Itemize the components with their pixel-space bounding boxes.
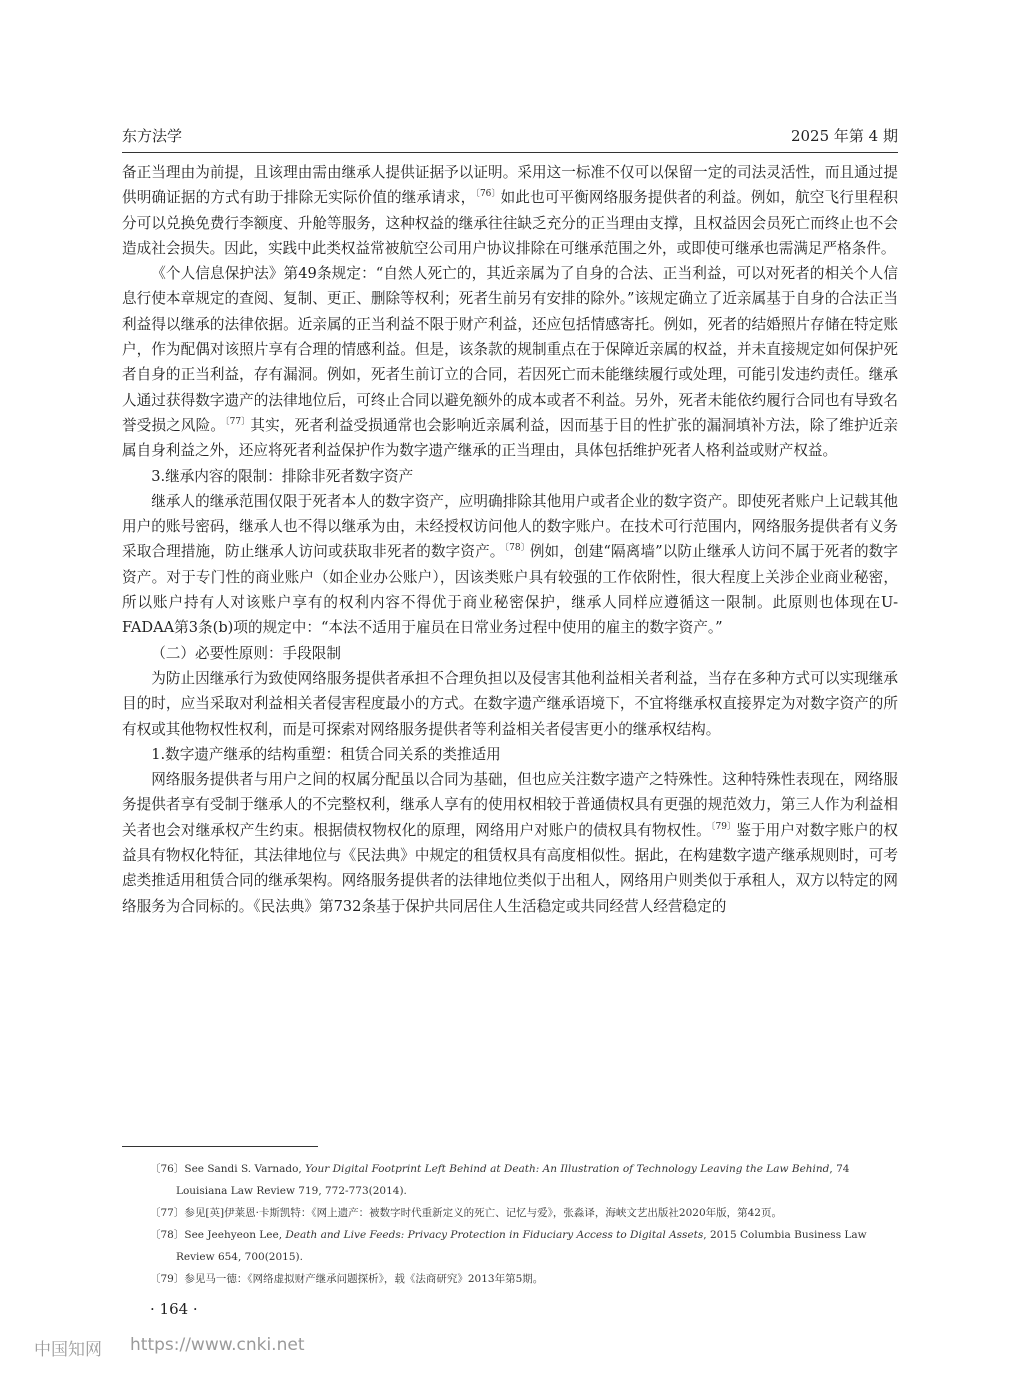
page-number: · 164 ·: [150, 1300, 198, 1318]
footnote-ref-77[interactable]: 〔77〕: [225, 417, 250, 427]
footnote-divider: [122, 1146, 318, 1147]
paragraph: 网络服务提供者与用户之间的权属分配虽以合同为基础，但也应关注数字遗产之特殊性。这…: [122, 767, 898, 919]
paragraph: 继承人的继承范围仅限于死者本人的数字资产，应明确排除其他用户或者企业的数字资产。…: [122, 489, 898, 641]
section-heading: （二）必要性原则：手段限制: [122, 641, 898, 666]
paragraph-continuation: 备正当理由为前提，且该理由需由继承人提供证据予以证明。采用这一标准不仅可以保留一…: [122, 160, 898, 261]
watermark-brand: 中国知网: [34, 1335, 102, 1360]
footnote-ref-76[interactable]: 〔76〕: [475, 189, 500, 199]
cnki-watermark: 中国知网 https://www.cnki.net: [34, 1335, 304, 1360]
footnotes: 〔76〕See Sandi S. Varnado, Your Digital F…: [150, 1158, 898, 1290]
footnote-79: 〔79〕参见马一德：《网络虚拟财产继承问题探析》，载《法商研究》2013年第5期…: [150, 1268, 898, 1290]
paragraph: 为防止因继承行为致使网络服务提供者承担不合理负担以及侵害其他利益相关者利益，当存…: [122, 666, 898, 742]
footnote-ref-79[interactable]: 〔79〕: [711, 822, 736, 832]
body-text: 备正当理由为前提，且该理由需由继承人提供证据予以证明。采用这一标准不仅可以保留一…: [122, 160, 898, 919]
footnote-ref-78[interactable]: 〔78〕: [505, 543, 530, 553]
section-heading: 1.数字遗产继承的结构重塑：租赁合同关系的类推适用: [122, 742, 898, 767]
paragraph: 《个人信息保护法》第49条规定：“自然人死亡的，其近亲属为了自身的合法、正当利益…: [122, 261, 898, 463]
section-heading: 3.继承内容的限制：排除非死者数字资产: [122, 464, 898, 489]
footnote-76: 〔76〕See Sandi S. Varnado, Your Digital F…: [150, 1158, 898, 1202]
footnote-78: 〔78〕See Jeehyeon Lee, Death and Live Fee…: [150, 1224, 898, 1268]
watermark-url[interactable]: https://www.cnki.net: [130, 1335, 304, 1360]
running-header: 东方法学 2025 年第 4 期: [122, 120, 898, 153]
journal-title: 东方法学: [122, 125, 182, 146]
footnote-77: 〔77〕参见[英]伊莱恩·卡斯凯特：《网上遗产：被数字时代重新定义的死亡、记忆与…: [150, 1202, 898, 1224]
issue-label: 2025 年第 4 期: [791, 125, 898, 146]
